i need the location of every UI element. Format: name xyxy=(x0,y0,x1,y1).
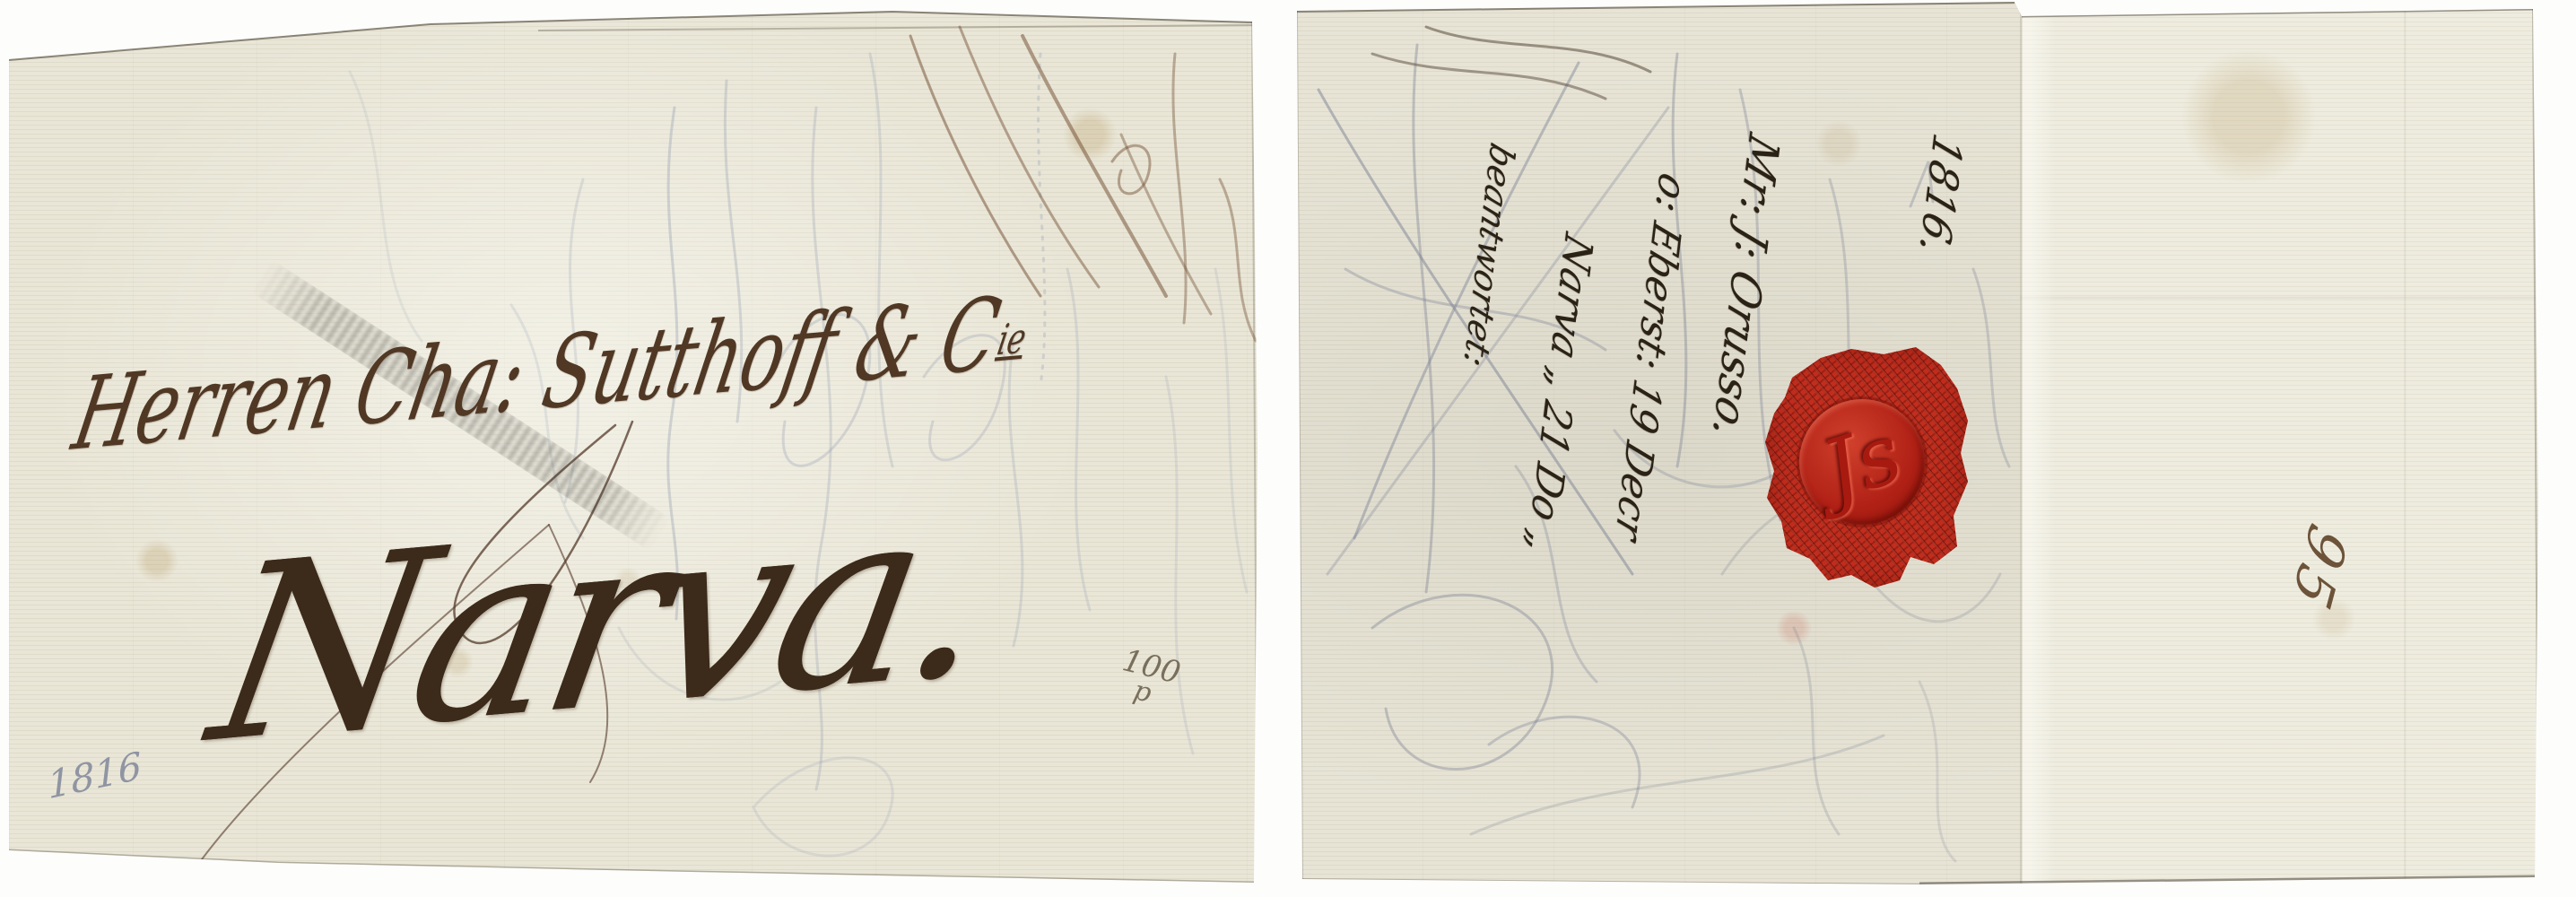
letter-front-cover: Herren Cha: Sutthoff & Cie Narva. 1816 1… xyxy=(9,0,1258,897)
pencil-year-note: 1816 xyxy=(46,744,143,808)
letter-back-cover: 1816. Mr: J: Orusso. o: Eberst: 19 Decr … xyxy=(1292,0,2540,897)
seal-monogram: Js xyxy=(1811,405,1912,519)
rate-marking: 100 p xyxy=(1114,647,1183,711)
folded-flap-panel xyxy=(2020,0,2538,897)
destination-text: Narva. xyxy=(198,469,999,778)
wax-seal-center: Js xyxy=(1799,399,1925,525)
scan-background: Herren Cha: Sutthoff & Cie Narva. 1816 1… xyxy=(0,0,2576,897)
